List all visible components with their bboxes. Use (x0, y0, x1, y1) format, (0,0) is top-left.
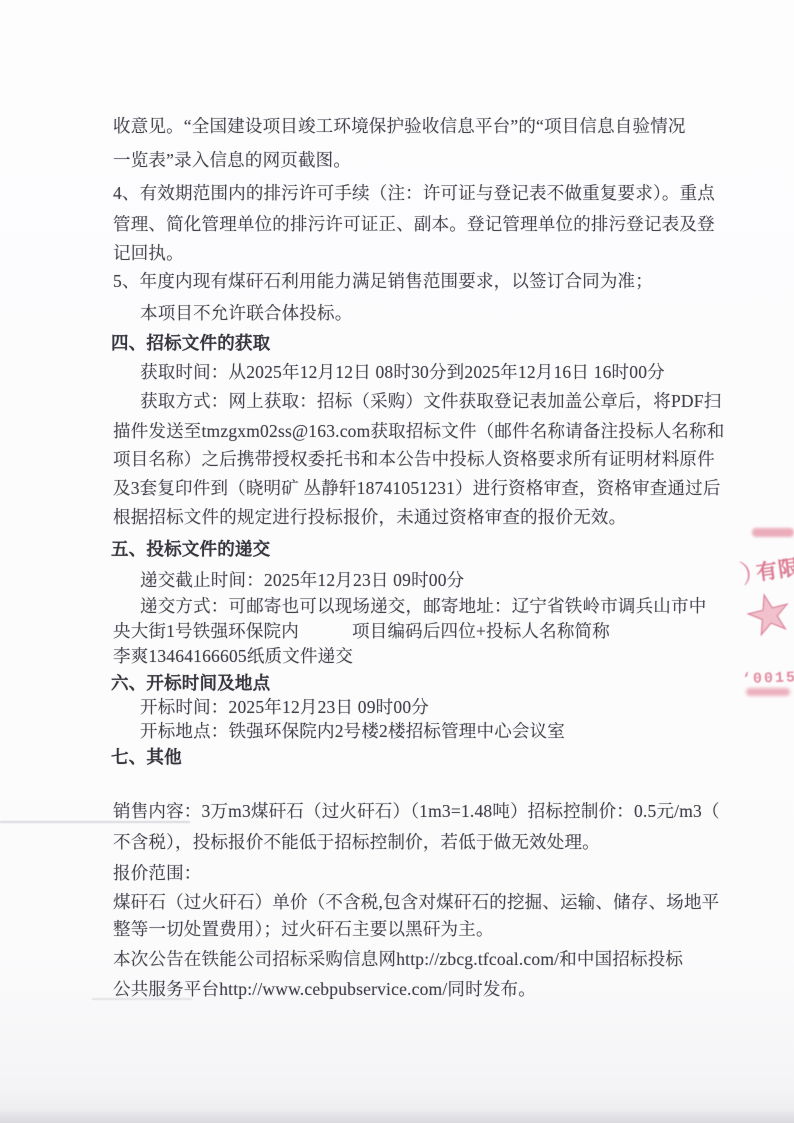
seal-company-text: 有限 (754, 551, 794, 587)
doc-line-quote-scope: 报价范围： (113, 861, 733, 887)
scan-edge-shadow (0, 1109, 794, 1123)
section-7-heading: 七、其他 (111, 745, 731, 771)
doc-line: 管理、简化管理单位的排污许可证正、副本。登记管理单位的排污登记表及登 (113, 212, 733, 238)
doc-line-contact: 及3套复印件到（晓明矿 丛静轩18741051231）进行资格审查，资格审查通过… (113, 476, 733, 502)
doc-line-obtain-time: 获取时间：从2025年12月12日 08时30分到2025年12月16日 16时… (140, 360, 760, 386)
seal-smudge (746, 688, 790, 696)
doc-line-open-place: 开标地点：铁强环保院内2号楼2楼招标管理中心会议室 (140, 719, 760, 745)
doc-line: 不含税），投标报价不能低于招标控制价，若低于做无效处理。 (113, 830, 733, 856)
doc-line-deadline: 递交截止时间：2025年12月23日 09时00分 (140, 568, 760, 594)
doc-line: 煤矸石（过火矸石）单价（不含税,包含对煤矸石的挖掘、运输、储存、场地平 (113, 890, 733, 916)
doc-line-contact-2: 李爽13464166605纸质文件递交 (113, 644, 733, 670)
doc-line: 根据招标文件的规定进行投标报价，未通过资格审查的报价无效。 (113, 505, 733, 531)
doc-line: 项目名称）之后携带授权委托书和本公告中投标人资格要求所有证明材料原件 (113, 447, 733, 473)
doc-line-item-4: 4、有效期范围内的排污许可手续（注：许可证与登记表不做重复要求）。重点 (113, 181, 733, 207)
doc-line-email: 描件发送至tmzgxm02ss@163.com获取招标文件（邮件名称请备注投标人… (113, 419, 733, 445)
seal-serial-number: ‘00152 (742, 669, 794, 688)
section-6-heading: 六、开标时间及地点 (111, 671, 731, 697)
seal-smudge (752, 528, 794, 537)
doc-line: 记回执。 (113, 241, 733, 267)
scanned-document-page: 收意见。“全国建设项目竣工环境保护验收信息平台”的“项目信息自验情况 一览表”录… (0, 0, 794, 1123)
doc-line-item-5: 5、年度内现有煤矸石利用能力满足销售范围要求，以签订合同为准； (113, 269, 733, 295)
doc-line: 一览表”录入信息的网页截图。 (113, 148, 733, 174)
seal-star-icon: ★ (740, 585, 794, 647)
red-seal-stamp: ） 有限 ★ ‘00152 (738, 524, 794, 719)
doc-line-publish-site-2: 公共服务平台http://www.cebpubservice.com/同时发布。 (113, 977, 733, 1003)
scan-artifact-line (0, 821, 190, 823)
scan-artifact-line (92, 998, 192, 1000)
doc-line-obtain-method: 获取方式：网上获取：招标（采购）文件获取登记表加盖公章后，将PDF扫 (140, 389, 760, 415)
doc-line-sale-content: 销售内容：3万m3煤矸石（过火矸石）（1m3=1.48吨）招标控制价：0.5元/… (113, 799, 733, 825)
section-4-heading: 四、招标文件的获取 (111, 331, 731, 357)
doc-line-open-time: 开标时间：2025年12月23日 09时00分 (140, 695, 760, 721)
doc-line-address: 央大街1号铁强环保院内 项目编码后四位+投标人名称简称 (113, 619, 733, 645)
doc-line-delivery-method: 递交方式：可邮寄也可以现场递交，邮寄地址：辽宁省铁岭市调兵山市中 (140, 594, 760, 620)
doc-line: 整等一切处置费用）；过火矸石主要以黑矸为主。 (113, 917, 733, 943)
doc-line: 收意见。“全国建设项目竣工环境保护验收信息平台”的“项目信息自验情况 (113, 114, 733, 140)
doc-line-publish-site-1: 本次公告在铁能公司招标采购信息网http://zbcg.tfcoal.com/和… (113, 947, 733, 973)
doc-line-no-consortium: 本项目不允许联合体投标。 (140, 301, 760, 327)
section-5-heading: 五、投标文件的递交 (111, 537, 731, 563)
